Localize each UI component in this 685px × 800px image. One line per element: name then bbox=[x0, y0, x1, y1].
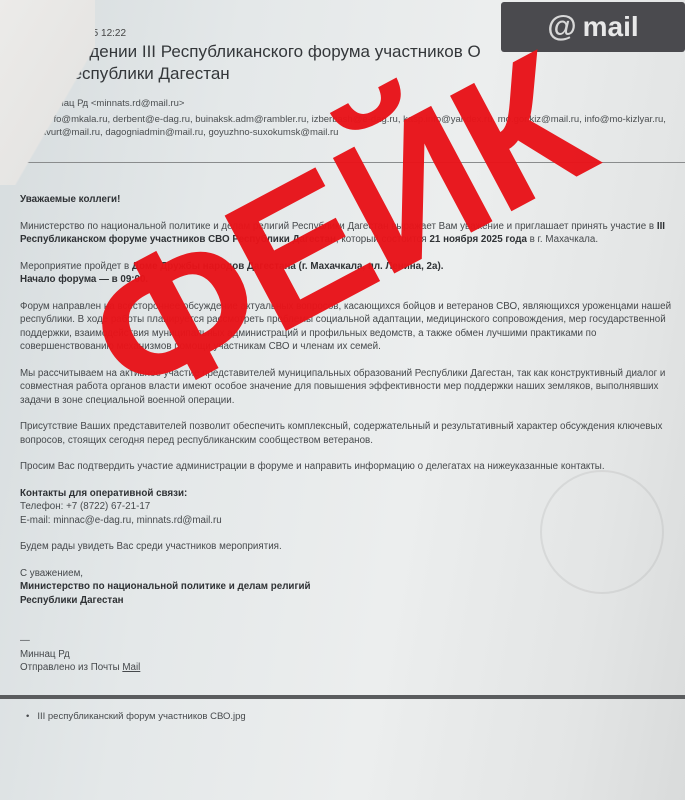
attachment-divider bbox=[0, 695, 685, 699]
mail-link[interactable]: Mail bbox=[122, 662, 140, 673]
faded-stamp bbox=[540, 470, 664, 594]
greeting: Уважаемые коллеги! bbox=[20, 194, 120, 205]
paragraph-request: Просим Вас подтвердить участие администр… bbox=[20, 460, 680, 474]
paragraph-presence: Присутствие Ваших представителей позволи… bbox=[20, 420, 680, 447]
mail-logo-text: mail bbox=[583, 11, 639, 43]
contact-emails: E-mail: minnac@e-dag.ru, minnats.rd@mail… bbox=[20, 515, 222, 526]
attachment-item[interactable]: III республиканский форум участников СВО… bbox=[26, 711, 246, 722]
sender-name: Миннац Рд bbox=[20, 649, 70, 660]
contact-phone: Телефон: +7 (8722) 67-21-17 bbox=[20, 501, 150, 512]
folded-paper-corner bbox=[0, 0, 95, 185]
at-icon: @ bbox=[547, 10, 576, 44]
contacts-title: Контакты для оперативной связи: bbox=[20, 488, 187, 499]
